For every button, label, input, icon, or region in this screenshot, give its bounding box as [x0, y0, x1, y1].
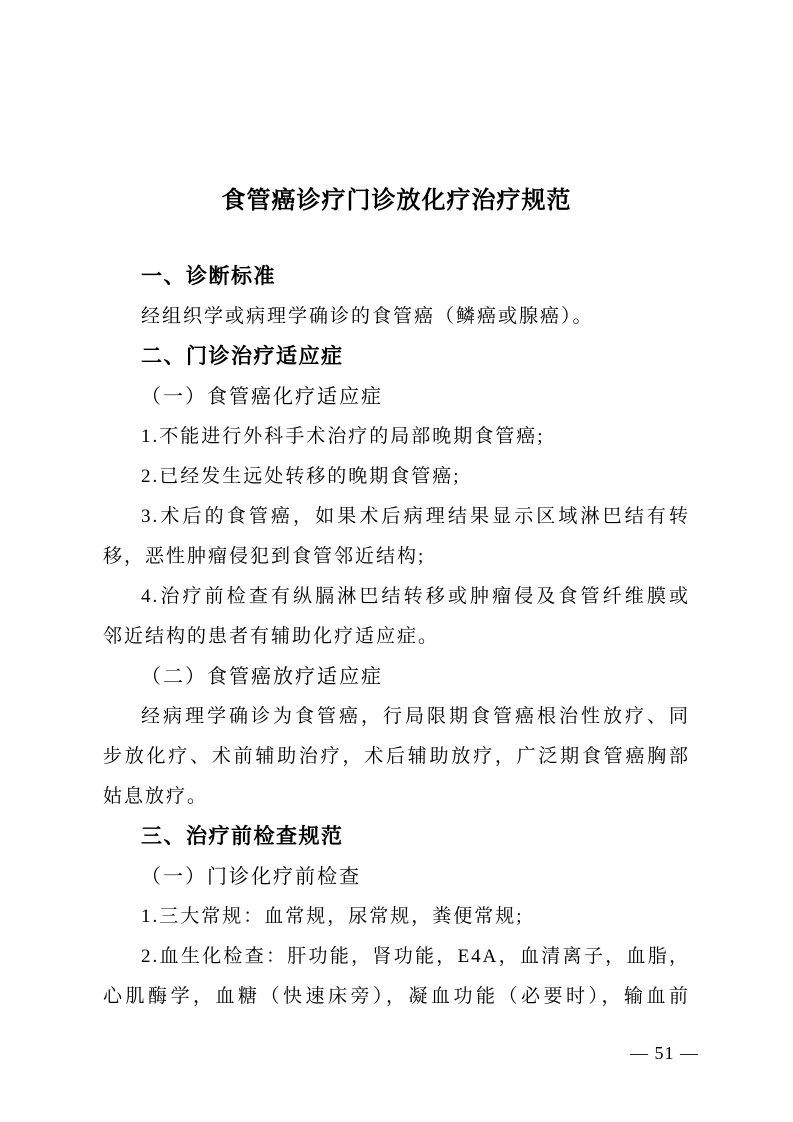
list-item-2: 2.已经发生远处转移的晚期食管癌;	[103, 457, 690, 497]
document-page: 食管癌诊疗门诊放化疗治疗规范 一、诊断标准 经组织学或病理学确诊的食管癌（鳞癌或…	[0, 0, 793, 1122]
page-number: — 51 —	[630, 1040, 699, 1066]
section-heading-2: 二、门诊治疗适应症	[103, 337, 690, 377]
document-title: 食管癌诊疗门诊放化疗治疗规范	[0, 180, 793, 215]
paragraph-line: 经组织学或病理学确诊的食管癌（鳞癌或腺癌）。	[103, 297, 690, 337]
list-item-1: 1.三大常规：血常规，尿常规，粪便常规;	[103, 897, 690, 937]
section-heading-1: 一、诊断标准	[103, 257, 690, 297]
paragraph-line: 步放化疗、术前辅助治疗，术后辅助放疗，广泛期食管癌胸部	[103, 737, 690, 777]
list-item-3-line-1: 3.术后的食管癌，如果术后病理结果显示区域淋巴结有转	[103, 497, 690, 537]
list-item-3-line-2: 移，恶性肿瘤侵犯到食管邻近结构;	[103, 537, 690, 577]
subsection-heading-3-1: （一）门诊化疗前检查	[103, 857, 690, 897]
list-item-1: 1.不能进行外科手术治疗的局部晚期食管癌;	[103, 417, 690, 457]
subsection-heading-2-2: （二）食管癌放疗适应症	[103, 657, 690, 697]
section-heading-3: 三、治疗前检查规范	[103, 817, 690, 857]
paragraph-line: 经病理学确诊为食管癌，行局限期食管癌根治性放疗、同	[103, 697, 690, 737]
list-item-4-line-1: 4.治疗前检查有纵膈淋巴结转移或肿瘤侵及食管纤维膜或	[103, 577, 690, 617]
paragraph-line: 姑息放疗。	[103, 777, 690, 817]
subsection-heading-2-1: （一）食管癌化疗适应症	[103, 377, 690, 417]
document-body: 一、诊断标准 经组织学或病理学确诊的食管癌（鳞癌或腺癌）。 二、门诊治疗适应症 …	[103, 257, 690, 1017]
list-item-2-line-1: 2.血生化检查：肝功能，肾功能，E4A，血清离子，血脂，	[103, 937, 690, 977]
list-item-2-line-2: 心肌酶学，血糖（快速床旁），凝血功能（必要时），输血前	[103, 977, 690, 1017]
list-item-4-line-2: 邻近结构的患者有辅助化疗适应症。	[103, 617, 690, 657]
